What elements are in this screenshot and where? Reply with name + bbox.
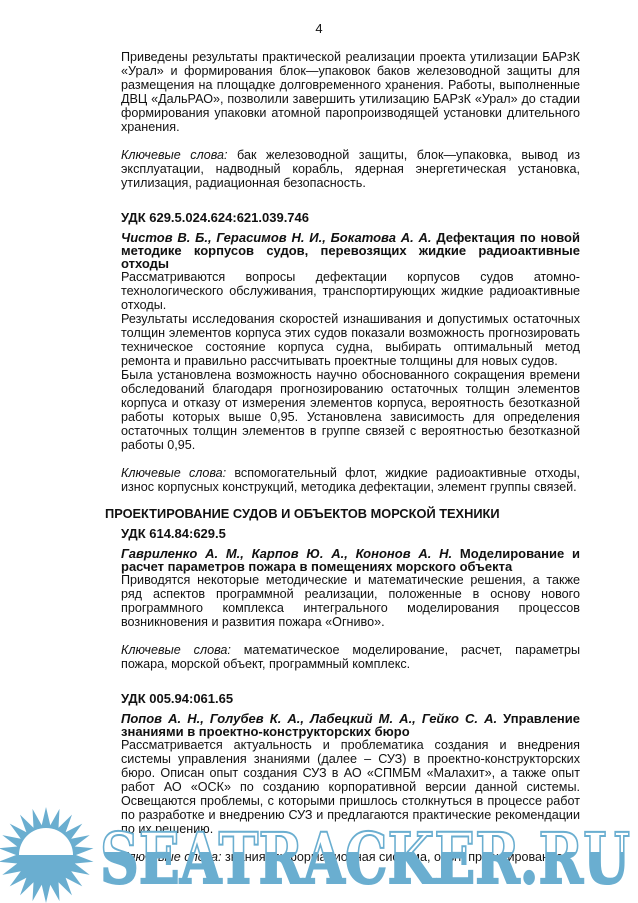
keywords-label: Ключевые слова:: [121, 643, 231, 657]
watermark-graphic: SEATRACKER.RU SEATRACKER.RU: [0, 805, 638, 903]
article-keywords: Ключевые слова: вспомогательный флот, жи…: [121, 466, 580, 494]
keywords-label: Ключевые слова:: [121, 466, 226, 480]
intro-abstract: Приведены результаты практической реализ…: [121, 50, 580, 134]
article-title: Чистов В. Б., Герасимов Н. И., Бокатова …: [121, 231, 580, 270]
article-2: УДК 614.84:629.5 Гавриленко А. М., Карпо…: [121, 526, 580, 671]
udk-code: УДК 005.94:061.65: [121, 691, 580, 706]
article-keywords: Ключевые слова: математическое моделиров…: [121, 643, 580, 671]
intro-keywords: Ключевые слова: бак железоводной защиты,…: [121, 148, 580, 190]
watermark: SEATRACKER.RU SEATRACKER.RU: [0, 805, 638, 903]
udk-code: УДК 614.84:629.5: [121, 526, 580, 541]
article-paragraph: Приводятся некоторые методические и мате…: [121, 573, 580, 629]
article-paragraph: Была установлена возможность научно обос…: [121, 368, 580, 452]
article-paragraph: Результаты исследования скоростей изнаши…: [121, 312, 580, 368]
article-title: Попов А. Н., Голубев К. А., Лабецкий М. …: [121, 712, 580, 738]
keywords-label: Ключевые слова:: [121, 148, 228, 162]
article-paragraph: Рассматриваются вопросы дефектации корпу…: [121, 270, 580, 312]
section-heading: ПРОЕКТИРОВАНИЕ СУДОВ И ОБЪЕКТОВ МОРСКОЙ …: [105, 506, 580, 521]
page-number: 4: [0, 22, 638, 36]
udk-code: УДК 629.5.024.624:621.039.746: [121, 210, 580, 225]
sun-over-sea-icon: [0, 807, 94, 903]
article-title: Гавриленко А. М., Карпов Ю. А., Кононов …: [121, 547, 580, 573]
watermark-text: SEATRACKER.RU SEATRACKER.RU: [100, 817, 630, 900]
article-1: УДК 629.5.024.624:621.039.746 Чистов В. …: [121, 210, 580, 494]
document-body: Приведены результаты практической реализ…: [121, 50, 580, 864]
